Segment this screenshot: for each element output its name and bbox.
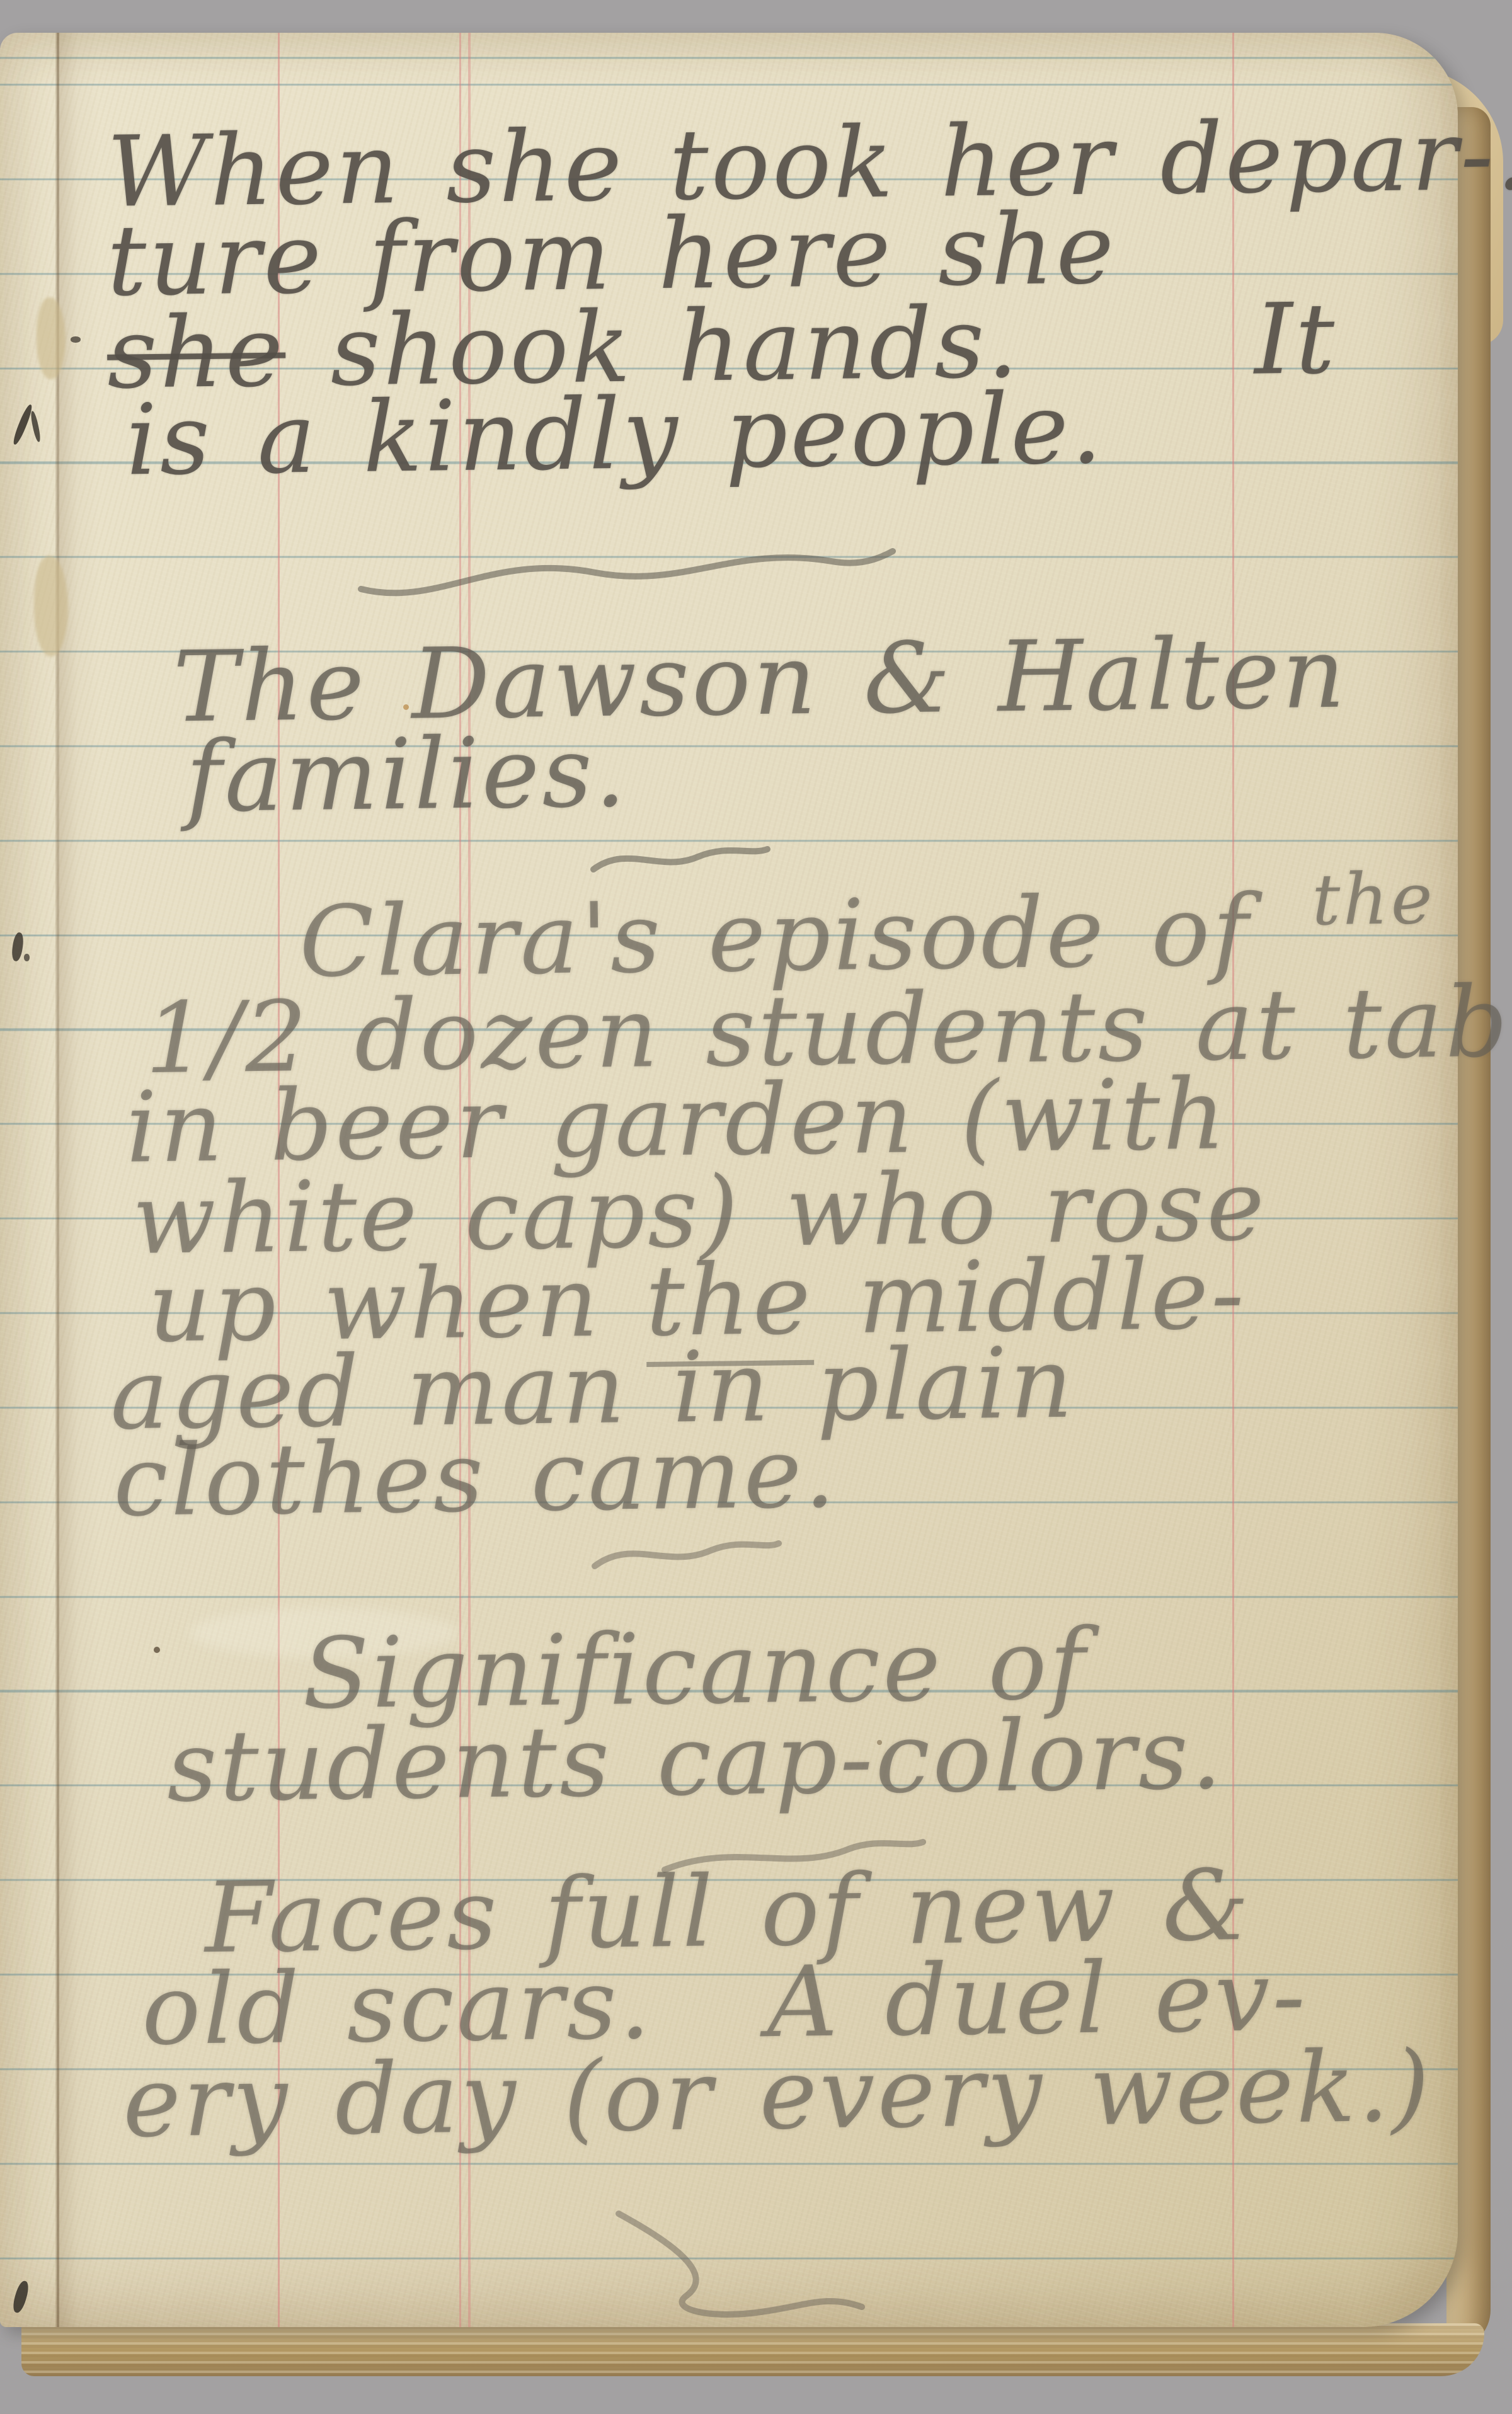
binding-hole-mark xyxy=(11,403,35,446)
raised-word: the xyxy=(1312,858,1436,941)
binding-hole-mark xyxy=(11,932,25,962)
ink-fleck xyxy=(71,336,81,343)
scanned-notebook-photo: When she took her depar-. ture from here… xyxy=(0,0,1512,2414)
notebook-page: When she took her depar-. ture from here… xyxy=(0,33,1458,2327)
binding-hole-mark xyxy=(11,2280,31,2314)
handwritten-line: is a kindly people. xyxy=(125,380,1105,489)
ink-fleck xyxy=(154,1647,160,1653)
torn-paper-fiber xyxy=(37,297,66,379)
word: It xyxy=(1254,282,1338,397)
word: clothes came. xyxy=(113,1416,839,1538)
word: families. xyxy=(185,715,629,835)
pen-flourish xyxy=(586,1527,787,1584)
binding-gutter-shadow xyxy=(55,33,100,2327)
handwritten-line: families. xyxy=(185,723,629,827)
word: is a kindly people. xyxy=(125,372,1105,498)
binding-hole-mark xyxy=(30,411,42,443)
pen-flourish xyxy=(586,834,775,884)
pen-flourish xyxy=(343,534,910,615)
pen-flourish xyxy=(586,2200,882,2332)
handwritten-line: ery day (or every week.) xyxy=(122,2037,1433,2151)
word: students cap-colors. xyxy=(166,1697,1225,1824)
handwritten-line: clothes came. xyxy=(113,1424,838,1530)
binding-fold-line xyxy=(57,33,59,2327)
binding-hole-mark xyxy=(24,954,30,961)
word: ery day (or every week.) xyxy=(122,2029,1433,2159)
handwritten-line: students cap-colors. xyxy=(166,1705,1225,1816)
